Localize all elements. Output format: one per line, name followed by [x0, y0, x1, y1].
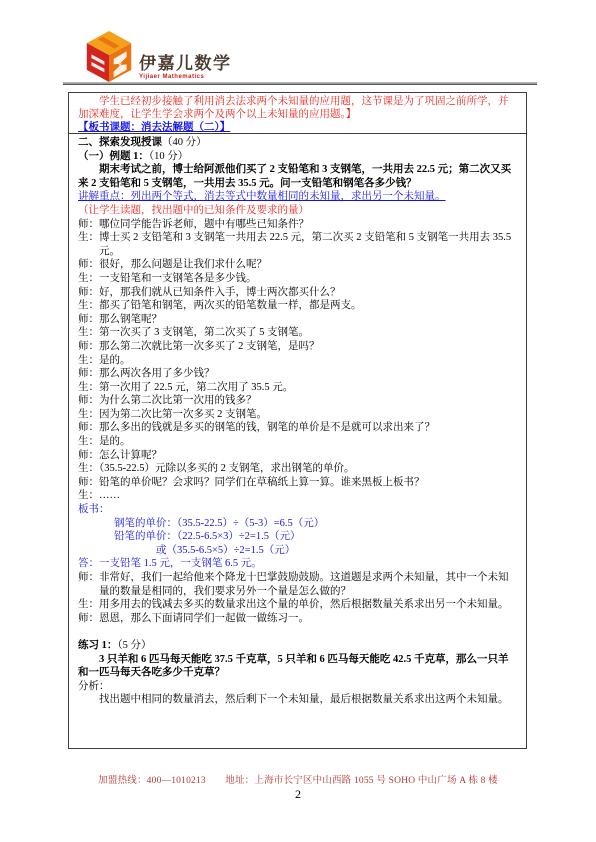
dialog-text: 都买了铅笔和钢笔，两次买的铅笔数量一样，都是两支。: [99, 300, 362, 311]
dialog-speaker: 师：: [78, 287, 99, 298]
dialog-line: 师：为什么第二次比第一次用的钱多？: [78, 394, 518, 408]
teaching-keypoint: 讲解重点：列出两个等式，消去等式中数量相同的未知量，求出另一个未知量。: [78, 190, 518, 204]
example-heading: （一）例题 1：（10 分）: [78, 150, 518, 164]
analysis-label: 分析：: [78, 680, 518, 694]
dialog-speaker: 师：: [78, 572, 99, 583]
dialog-speaker: 生：: [78, 327, 99, 338]
dialog-speaker: 生：: [78, 273, 99, 284]
intro-cell: 学生已经初步接触了利用消去法求两个未知量的应用题，这节课是为了巩固之前所学，并加…: [69, 93, 526, 134]
dialog-line: 生：博士买 2 支铅笔和 3 支钢笔一共用去 22.5 元，第二次买 2 支铅笔…: [78, 231, 518, 258]
dialog-text: 恩恩，那么下面请同学们一起做一做练习一。: [99, 613, 309, 624]
dialog-speaker: 师：: [78, 450, 99, 461]
dialog-text: 用多用去的钱减去多买的数量求出这个量的单价，然后根据数量关系求出另一个未知量。: [99, 599, 509, 610]
dialog-line: 师：铅笔的单价呢？会求吗？同学们在草稿纸上算一算。谁来黑板上板书？: [78, 476, 518, 490]
dialog-speaker: 师：: [78, 341, 99, 352]
practice-label: 练习 1：: [78, 640, 117, 651]
analysis-text: 找出题中相同的数量消去，然后剩下一个未知量，最后根据数量关系求出这两个未知量。: [78, 693, 518, 707]
dialog-line: 生：用多用去的钱减去多买的数量求出这个量的单价，然后根据数量关系求出另一个未知量…: [78, 598, 518, 612]
dialog-text: 一支铅笔和一支钢笔各是多少钱。: [99, 273, 257, 284]
dialog-text: 博士买 2 支铅笔和 3 支钢笔一共用去 22.5 元，第二次买 2 支铅笔和 …: [99, 232, 511, 257]
dialog-text: 怎么计算呢？: [99, 450, 162, 461]
example-score: （10 分）: [149, 151, 188, 162]
page-number: 2: [0, 787, 596, 802]
dialog-speaker: 生：: [78, 382, 99, 393]
header-divider: [63, 82, 537, 85]
section-title: 二、探索发现授课: [78, 137, 162, 148]
section-score: （40 分）: [162, 137, 207, 148]
board-line: 铅笔的单价：（22.5-6.5×3）÷2=1.5（元）: [78, 530, 518, 544]
dialog-speaker: 生：: [78, 409, 99, 420]
example-label: （一）例题 1：: [78, 151, 149, 162]
dialog-text: 很好，那么问题是让我们求什么呢？: [99, 259, 267, 270]
dialog-text: 因为第二次比第一次多买 2 支钢笔。: [99, 409, 267, 420]
dialog-line: 师：哪位同学能告诉老师，题中有哪些已知条件？: [78, 218, 518, 232]
dialog-text: 非常好，我们一起给他来个降龙十巴掌鼓励鼓励。这道题是求两个未知量，其中一个未知量…: [99, 572, 509, 597]
dialog-text: 哪位同学能告诉老师，题中有哪些已知条件？: [99, 219, 309, 230]
dialog-text: 那么两次各用了多少钱？: [99, 368, 215, 379]
dialog-text: 为什么第二次比第一次用的钱多？: [99, 395, 257, 406]
dialog-text: 第一次用了 22.5 元，第二次用了 35.5 元。: [99, 382, 293, 393]
dialog-speaker: 师：: [78, 613, 99, 624]
dialog-speaker: 师：: [78, 219, 99, 230]
dialog-line: 生：一支铅笔和一支钢笔各是多少钱。: [78, 272, 518, 286]
practice-score: （5 分）: [117, 640, 151, 651]
dialog-line: 师：那么两次各用了多少钱？: [78, 367, 518, 381]
dialog-text: 第一次买了 3 支钢笔，第二次买了 5 支钢笔。: [99, 327, 309, 338]
dialog-speaker: 生：: [78, 232, 99, 243]
board-topic: 【板书课题：消去法解题（二）】: [78, 121, 518, 134]
dialog-line: 生：都买了铅笔和钢笔，两次买的铅笔数量一样，都是两支。: [78, 299, 518, 313]
dialog-line: 师：怎么计算呢？: [78, 449, 518, 463]
dialog-list-2: 师：非常好，我们一起给他来个降龙十巴掌鼓励鼓励。这道题是求两个未知量，其中一个未…: [78, 571, 518, 625]
dialog-line: 生：是的。: [78, 354, 518, 368]
dialog-line: 生：是的。: [78, 435, 518, 449]
dialog-line: 生：第一次用了 22.5 元，第二次用了 35.5 元。: [78, 381, 518, 395]
logo-subtitle: Yijiaer Mathematics: [139, 74, 232, 80]
dialog-speaker: 师：: [78, 395, 99, 406]
dialog-line: 师：很好，那么问题是让我们求什么呢？: [78, 258, 518, 272]
company-logo: 伊嘉儿数学 Yijiaer Mathematics: [84, 30, 232, 88]
dialog-text: 那么第二次就比第一次多买了 2 支钢笔，是吗？: [99, 341, 320, 352]
dialog-speaker: 生：: [78, 599, 99, 610]
dialog-text: 铅笔的单价呢？会求吗？同学们在草稿纸上算一算。谁来黑板上板书？: [99, 477, 425, 488]
dialog-speaker: 师：: [78, 477, 99, 488]
teacher-note: （让学生读题，找出题中的已知条件及要求的量）: [78, 204, 518, 218]
footer-contact: 加盟热线：400—1010213 地址：上海市长宁区中山西路 1055 号 SO…: [0, 772, 596, 786]
practice-heading: 练习 1：（5 分）: [78, 639, 518, 653]
dialog-speaker: 生：: [78, 463, 99, 474]
dialog-line: 师：那么钢笔呢？: [78, 313, 518, 327]
dialog-line: 师：那么多出的钱就是多买的钢笔的钱，钢笔的单价是不是就可以求出来了？: [78, 421, 518, 435]
dialog-speaker: 生：: [78, 436, 99, 447]
dialog-text: 那么多出的钱就是多买的钢笔的钱，钢笔的单价是不是就可以求出来了？: [99, 422, 435, 433]
dialog-text: ……: [99, 490, 120, 501]
dialog-line: 师：恩恩，那么下面请同学们一起做一做练习一。: [78, 612, 518, 626]
spacer: [78, 625, 518, 639]
dialog-line: 生：因为第二次比第一次多买 2 支钢笔。: [78, 408, 518, 422]
dialog-speaker: 师：: [78, 314, 99, 325]
lesson-box: 学生已经初步接触了利用消去法求两个未知量的应用题，这节课是为了巩固之前所学，并加…: [68, 92, 527, 749]
dialog-text: 是的。: [99, 436, 131, 447]
dialog-line: 生：……: [78, 489, 518, 503]
logo-cube-icon: [84, 30, 134, 88]
dialog-line: 师：那么第二次就比第一次多买了 2 支钢笔，是吗？: [78, 340, 518, 354]
practice-problem: 3 只羊和 6 匹马每天能吃 37.5 千克草，5 只羊和 6 匹马每天能吃 4…: [78, 653, 518, 680]
dialog-line: 生：第一次买了 3 支钢笔，第二次买了 5 支钢笔。: [78, 326, 518, 340]
dialog-text: 好，那我们就从已知条件入手，博士两次都买什么？: [99, 287, 341, 298]
example-problem: 期末考试之前，博士给阿派他们买了 2 支铅笔和 3 支钢笔，一共用去 22.5 …: [78, 163, 518, 190]
dialog-line: 师：非常好，我们一起给他来个降龙十巴掌鼓励鼓励。这道题是求两个未知量，其中一个未…: [78, 571, 518, 598]
dialog-text: 那么钢笔呢？: [99, 314, 162, 325]
intro-note: 学生已经初步接触了利用消去法求两个未知量的应用题，这节课是为了巩固之前所学，并加…: [78, 95, 518, 121]
board-answer: 答：一支铅笔 1.5 元，一支钢笔 6.5 元。: [78, 557, 518, 571]
board-label: 板书：: [78, 503, 518, 517]
dialog-speaker: 生：: [78, 300, 99, 311]
board-line: 或（35.5-6.5×5）÷2=1.5（元）: [78, 544, 518, 558]
board-work: 钢笔的单价：（35.5-22.5）÷（5-3）=6.5（元） 铅笔的单价：（22…: [78, 517, 518, 558]
dialog-speaker: 师：: [78, 422, 99, 433]
dialog-speaker: 师：: [78, 368, 99, 379]
document-page: 伊嘉儿数学 Yijiaer Mathematics 学生已经初步接触了利用消去法…: [0, 0, 596, 842]
dialog-speaker: 生：: [78, 490, 99, 501]
dialog-speaker: 师：: [78, 259, 99, 270]
lesson-content: 二、探索发现授课（40 分） （一）例题 1：（10 分） 期末考试之前，博士给…: [69, 134, 526, 748]
dialog-list: 师：哪位同学能告诉老师，题中有哪些已知条件？ 生：博士买 2 支铅笔和 3 支钢…: [78, 218, 518, 503]
dialog-text: 是的。: [99, 355, 131, 366]
dialog-line: 师：好，那我们就从已知条件入手，博士两次都买什么？: [78, 286, 518, 300]
dialog-line: 生：（35.5-22.5）元除以多买的 2 支钢笔，求出钢笔的单价。: [78, 462, 518, 476]
section-heading: 二、探索发现授课（40 分）: [78, 136, 518, 150]
dialog-text: （35.5-22.5）元除以多买的 2 支钢笔，求出钢笔的单价。: [99, 463, 355, 474]
logo-title: 伊嘉儿数学: [139, 49, 232, 74]
dialog-speaker: 生：: [78, 355, 99, 366]
board-line: 钢笔的单价：（35.5-22.5）÷（5-3）=6.5（元）: [78, 517, 518, 531]
